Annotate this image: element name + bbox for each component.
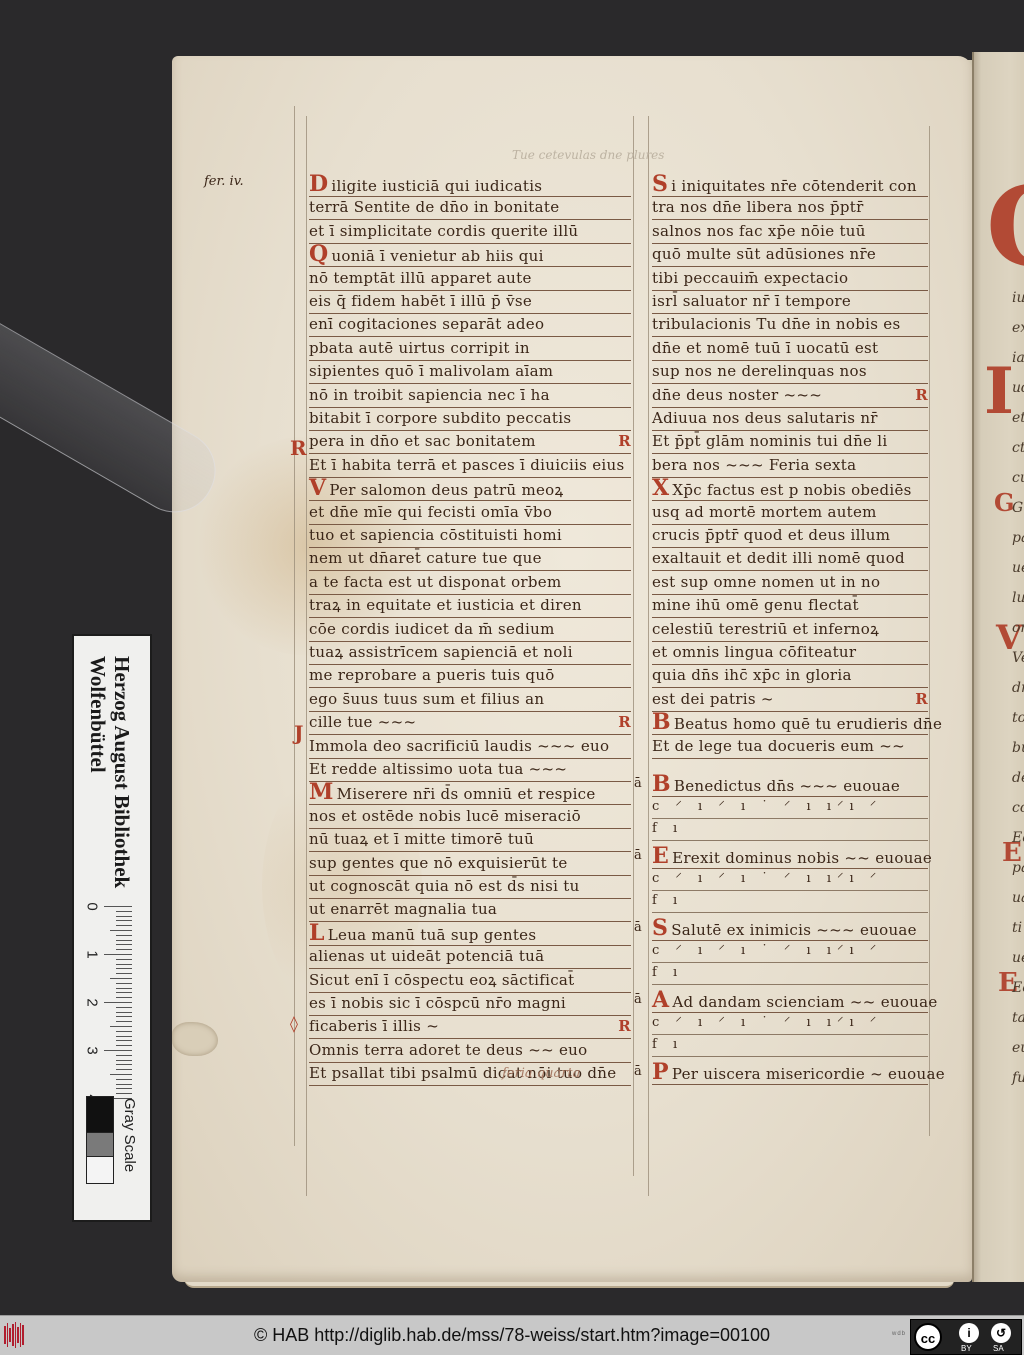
manuscript-line: ego s̄uus tuus sum et filius an [309, 687, 631, 712]
manuscript-line: tra nos dn̄e libera nos p̄ptr̄ [652, 195, 928, 220]
facing-page-line: toc [1012, 710, 1024, 726]
line-text: Beatus homo quē tu erudieris dn̄e [674, 715, 942, 733]
line-text: et ī simplicitate cordis querite illū [309, 222, 578, 240]
ruler-tick [116, 1045, 132, 1046]
ruler-tick [116, 925, 132, 926]
manuscript-line: Si iniquitates nr̄e cōtenderit con [652, 172, 928, 197]
line-text: isrl̄ saluator nr̄ ī tempore [652, 292, 851, 310]
decorated-initial: A [652, 987, 669, 1013]
line-text: Sicut enī ī cōspectu eoꝝ sāctificat̄ [309, 971, 575, 989]
gray-patch-white [86, 1156, 114, 1184]
ruler-tick [116, 1031, 132, 1032]
line-text: et dn̄e mīe qui fecisti omīa v̄bo [309, 503, 552, 521]
neume-staff-line: f ı [652, 962, 928, 985]
line-text: terrā Sentite de dn̄o in bonitate [309, 198, 559, 216]
manuscript-line: isrl̄ saluator nr̄ ī tempore [652, 289, 928, 314]
line-text: Et p̄pt̄ glām nominis tui dn̄e li [652, 432, 887, 450]
manuscript-line: sipientes quō ī malivolam aīam [309, 359, 631, 384]
ruler-tick [116, 1069, 132, 1070]
line-text: tibi peccauim̄ expectacio [652, 269, 848, 287]
manuscript-line: nem ut dn̄aret̄ cature tue que [309, 546, 631, 571]
ruler-tick [116, 1036, 132, 1037]
ruler-tick [116, 911, 132, 912]
manuscript-line: a te facta est ut disponat orbem [309, 570, 631, 595]
line-text: enī cogitaciones separāt adeo [309, 315, 544, 333]
manuscript-line: pera in dn̄o et sac bonitatemR [309, 429, 631, 454]
facing-page: C I G V E E [972, 52, 1024, 1282]
antiphon-cue: ā [634, 992, 642, 1007]
ruler-tick [116, 959, 132, 960]
line-text: nem ut dn̄aret̄ cature tue que [309, 549, 542, 567]
manuscript-line: Omnis terra adoret te deus ~~ euo [309, 1038, 631, 1063]
line-text: sipientes quō ī malivolam aīam [309, 362, 553, 380]
line-text: Omnis terra adoret te deus ~~ euo [309, 1041, 587, 1059]
decorated-initial: B [652, 771, 671, 797]
line-text: exaltauit et dedit illi nomē quod [652, 549, 905, 567]
antiphon-cue: ā [634, 920, 642, 935]
line-text: dn̄e et nomē tuū ī uocatū est [652, 339, 878, 357]
color-scale-card: Herzog August Bibliothek Wolfenbüttel 01… [72, 634, 152, 1222]
ruler-tick [110, 1026, 132, 1027]
line-text: quia dn̄s ihc̄ xp̄c in gloria [652, 666, 852, 684]
ruler-tick [116, 1012, 132, 1013]
line-text: crucis p̄ptr̄ quod et deus illum [652, 526, 890, 544]
institution-name: Herzog August Bibliothek [109, 656, 134, 888]
facing-page-line: ua [1012, 890, 1024, 906]
manuscript-line: ficaberis ī illis ~R [309, 1014, 631, 1039]
manuscript-line: et ī simplicitate cordis querite illū [309, 219, 631, 244]
antiphon-cue: ā [634, 1064, 642, 1079]
chant-antiphon-line: EErexit dominus nobis ~~ euouae [652, 844, 928, 869]
line-text: pera in dn̄o et sac bonitatem [309, 432, 536, 450]
manuscript-line: usq ad mortē mortem autem [652, 500, 928, 525]
line-text: nō temptāt illū apparet aute [309, 269, 532, 287]
facing-page-initial-large: C [986, 162, 1024, 291]
ruling-line [294, 106, 295, 1146]
line-text: Per salomon deus patrū meoꝝ [329, 481, 563, 499]
line-text: sup nos ne derelinquas nos [652, 362, 867, 380]
line-text: ego s̄uus tuus sum et filius an [309, 690, 544, 708]
line-text: ficaberis ī illis ~ [309, 1017, 439, 1035]
facing-page-line: eu [1012, 1040, 1024, 1056]
facing-page-line: Ven [1012, 650, 1024, 666]
line-text: sup gentes que nō exquisierūt te [309, 854, 568, 872]
manuscript-line: terrā Sentite de dn̄o in bonitate [309, 195, 631, 220]
gray-patch-mid [86, 1132, 114, 1158]
manuscript-line: nū tuaꝝ et ī mitte timorē tuū [309, 827, 631, 852]
manuscript-line: cōe cordis iudicet da m̄ sedium [309, 617, 631, 642]
neume-staff-line: f ı [652, 890, 928, 913]
manuscript-line: exaltauit et dedit illi nomē quod [652, 546, 928, 571]
line-text: Immola deo sacrificiū laudis ~~~ euo [309, 737, 609, 755]
line-text: traꝝ in equitate et iusticia et diren [309, 596, 582, 614]
ruler-tick [116, 916, 132, 917]
ruler-tick [116, 968, 132, 969]
chant-antiphon-line: BBenedictus dn̄s ~~~ euouae [652, 772, 928, 797]
facing-page-line: Ecc [1012, 980, 1024, 996]
neume-staff-line: c ⸍ ı ⸍ ı ˙ ⸍ ı ı⸍ı ⸍ [652, 940, 928, 963]
attribution-icon: i [959, 1323, 979, 1343]
manuscript-line: me reprobare a pueris tuis quō [309, 663, 631, 688]
manuscript-line: est dei patris ~R [652, 687, 928, 712]
margin-rubric-mark: ◊ [290, 1014, 298, 1033]
manuscript-line: bitabit ī corpore subdito peccatis [309, 406, 631, 431]
ruler-tick [116, 997, 132, 998]
rubric-mark: R [618, 429, 631, 453]
facing-page-line: Ecc [1012, 830, 1024, 846]
manuscript-line: Diligite iusticiā qui iudicatis [309, 172, 631, 197]
facing-page-line: ue [1012, 560, 1024, 576]
line-text: es ī nobis sic ī cōspcū nr̄o magni [309, 994, 566, 1012]
manuscript-line: celestiū terestriū et infernoꝝ [652, 617, 928, 642]
manuscript-line: tibi peccauim̄ expectacio [652, 266, 928, 291]
ruler-tick [110, 978, 132, 979]
line-text: Adiuua nos deus salutaris nr̄ [652, 409, 878, 427]
manuscript-line: BBeatus homo quē tu erudieris dn̄e [652, 710, 928, 735]
line-text: Et de lege tua docueris eum ~~ [652, 737, 905, 755]
footer-bar: © HAB http://diglib.hab.de/mss/78-weiss/… [0, 1315, 1024, 1355]
manuscript-line: cille tue ~~~R [309, 710, 631, 735]
manuscript-line: crucis p̄ptr̄ quod et deus illum [652, 523, 928, 548]
ruler-tick [110, 1074, 132, 1075]
manuscript-line: dn̄e deus noster ~~~R [652, 383, 928, 408]
manuscript-line: dn̄e et nomē tuū ī uocatū est [652, 336, 928, 361]
chant-antiphon-line: PPer uiscera misericordie ~ euouae [652, 1060, 928, 1085]
decorated-initial: S [652, 171, 668, 197]
ruler-tick [116, 964, 132, 965]
manuscript-line: mine ihū omē genu flectat̄ [652, 593, 928, 618]
antiphon-cue: ā [634, 848, 642, 863]
rubric-mark: R [618, 1014, 631, 1038]
copyright-link[interactable]: © HAB http://diglib.hab.de/mss/78-weiss/… [0, 1325, 1024, 1346]
line-text: Xp̄c factus est p nobis obediēs [672, 481, 911, 499]
manuscript-line: et dn̄e mīe qui fecisti omīa v̄bo [309, 500, 631, 525]
line-text: nos et ostēde nobis lucē miseraciō [309, 807, 581, 825]
line-text: celestiū terestriū et infernoꝝ [652, 620, 879, 638]
facing-page-line: ti [1012, 920, 1022, 936]
sa-label: SA [993, 1344, 1004, 1353]
ruler-tick [116, 973, 132, 974]
manuscript-line: MMiserere nr̄i d̄s omniū et respice [309, 780, 631, 805]
rubric-mark: R [915, 383, 928, 407]
ruler-tick [116, 1093, 132, 1094]
manuscript-line: Adiuua nos deus salutaris nr̄ [652, 406, 928, 431]
manuscript-line: Et psallat tibi psalmū dicat nōi tuo dn̄… [309, 1061, 631, 1086]
manuscript-line: alienas ut uideāt potenciā tuā [309, 944, 631, 969]
manuscript-line: Et de lege tua docueris eum ~~ [652, 734, 928, 759]
line-text: salnos nos fac xp̄e nōie tuū [652, 222, 866, 240]
manuscript-line: XXp̄c factus est p nobis obediēs [652, 476, 928, 501]
chant-antiphon-line: SSalutē ex inimicis ~~~ euouae [652, 916, 928, 941]
grayscale-label: Gray Scale [121, 1098, 138, 1172]
manuscript-line: nō temptāt illū apparet aute [309, 266, 631, 291]
line-text: ut cognoscāt quia nō est d̄s nisi tu [309, 877, 580, 895]
manuscript-line: quō multe sūt adūsiones nr̄e [652, 242, 928, 267]
manuscript-line: Sicut enī ī cōspectu eoꝝ sāctificat̄ [309, 968, 631, 993]
ruler-tick [116, 1021, 132, 1022]
ruler-tick [116, 1007, 132, 1008]
line-text: mine ihū omē genu flectat̄ [652, 596, 859, 614]
facing-page-line: lup [1012, 590, 1024, 606]
manuscript-line: ut cognoscāt quia nō est d̄s nisi tu [309, 874, 631, 899]
line-text: et omnis lingua cōfiteatur [652, 643, 856, 661]
cc-icon: cc [914, 1323, 942, 1351]
ruler-tick [116, 920, 132, 921]
folio-margin-note: fer. iv. [204, 174, 244, 189]
ruling-line [306, 116, 307, 1196]
wdb-mark: wdb [892, 1331, 906, 1337]
manuscript-line: Et p̄pt̄ glām nominis tui dn̄e li [652, 429, 928, 454]
manuscript-line: tuo et sapiencia cōstituisti homi [309, 523, 631, 548]
rubric-mark: R [618, 710, 631, 734]
line-text: bera nos ~~~ Feria sexta [652, 456, 856, 474]
manuscript-line: pbata autē uirtus corripit in [309, 336, 631, 361]
ruler-tick [116, 1055, 132, 1056]
manuscript-line: es ī nobis sic ī cōspcū nr̄o magni [309, 991, 631, 1016]
ruler-tick [116, 1016, 132, 1017]
neume-staff-line: f ı [652, 818, 928, 841]
manuscript-line: salnos nos fac xp̄e nōie tuū [652, 219, 928, 244]
manuscript-line: bera nos ~~~ Feria sexta [652, 453, 928, 478]
ruler-number: 2 [84, 998, 101, 1006]
facing-page-line: fu [1012, 1070, 1024, 1086]
ruler-tick [116, 1079, 132, 1080]
facing-page-line: de [1012, 770, 1024, 786]
facing-page-line: bu [1012, 740, 1024, 756]
ruler-tick [116, 1064, 132, 1065]
facing-page-line: ud [1012, 380, 1024, 396]
line-text: Per uiscera misericordie ~ euouae [672, 1065, 945, 1083]
ruler-tick [116, 940, 132, 941]
ruler-tick [116, 983, 132, 984]
ruler-tick [116, 944, 132, 945]
facing-page-line: ta [1012, 1010, 1024, 1026]
facing-page-initial-i: I [984, 354, 1014, 429]
line-text: i iniquitates nr̄e cōtenderit con [671, 177, 917, 195]
manuscript-line: traꝝ in equitate et iusticia et diren [309, 593, 631, 618]
line-text: Ad dandam scienciam ~~ euouae [672, 993, 937, 1011]
ruler-tick [116, 988, 132, 989]
facing-page-line: pa [1012, 530, 1024, 546]
neume-staff-line: c ⸍ ı ⸍ ı ˙ ⸍ ı ı⸍ı ⸍ [652, 796, 928, 819]
ruling-line [929, 126, 930, 1136]
ruler-tick [116, 1088, 132, 1089]
ruler-number: 0 [84, 902, 101, 910]
ruling-line [648, 116, 649, 1196]
share-alike-icon: ↺ [991, 1323, 1011, 1343]
torn-edge-repair [172, 1022, 218, 1056]
manuscript-line: Et redde altissimo uota tua ~~~ [309, 757, 631, 782]
decorated-initial: X [652, 475, 669, 501]
facing-page-line: et [1012, 410, 1024, 426]
facing-page-line: om [1012, 620, 1024, 636]
decorated-initial: P [652, 1059, 669, 1085]
line-text: alienas ut uideāt potenciā tuā [309, 947, 544, 965]
line-text: est sup omne nomen ut in no [652, 573, 880, 591]
manuscript-line: tribulacionis Tu dn̄e in nobis es [652, 312, 928, 337]
line-text: eis q̄ fidem habēt ī illū p̄ v̄se [309, 292, 532, 310]
line-text: cōe cordis iudicet da m̄ sedium [309, 620, 555, 638]
margin-rubric-mark: R [290, 436, 307, 460]
ruler-tick [104, 1002, 132, 1003]
ruler-tick [110, 930, 132, 931]
manuscript-line: Immola deo sacrificiū laudis ~~~ euo [309, 734, 631, 759]
facing-page-line: ct [1012, 440, 1024, 456]
manuscript-line: nō in troibit sapiencia nec ī ha [309, 383, 631, 408]
ruler-tick [116, 992, 132, 993]
manuscript-line: tuaꝝ assistrīcem sapienciā et noli [309, 640, 631, 665]
line-text: Et ī habita terrā et pasces ī diuiciis e… [309, 456, 625, 474]
neume-staff-line: c ⸍ ı ⸍ ı ˙ ⸍ ı ı⸍ı ⸍ [652, 1012, 928, 1035]
manuscript-line: Quoniā ī venietur ab hiis qui [309, 242, 631, 267]
manuscript-line: Et ī habita terrā et pasces ī diuiciis e… [309, 453, 631, 478]
manuscript-line: et omnis lingua cōfiteatur [652, 640, 928, 665]
line-text: tribulacionis Tu dn̄e in nobis es [652, 315, 900, 333]
line-text: nō in troibit sapiencia nec ī ha [309, 386, 550, 404]
facing-page-line: ex [1012, 320, 1024, 336]
manuscript-line: LLeua manū tuā sup gentes [309, 921, 631, 946]
line-text: Miserere nr̄i d̄s omniū et respice [337, 785, 596, 803]
ruler-tick [116, 1040, 132, 1041]
ruler-tick [104, 1050, 132, 1051]
ruler-tick [116, 949, 132, 950]
neume-staff-line: c ⸍ ı ⸍ ı ˙ ⸍ ı ı⸍ı ⸍ [652, 868, 928, 891]
facing-page-line: iu [1012, 290, 1024, 306]
ruler-number: 1 [84, 950, 101, 958]
facing-page-line: dn [1012, 680, 1024, 696]
show-through-text: Tue cetevulas dne plures [512, 148, 664, 162]
line-text: nū tuaꝝ et ī mitte timorē tuū [309, 830, 534, 848]
facing-page-line: ias [1012, 350, 1024, 366]
manuscript-line: nos et ostēde nobis lucē miseraciō [309, 804, 631, 829]
manuscript-line: est sup omne nomen ut in no [652, 570, 928, 595]
line-text: dn̄e deus noster ~~~ [652, 386, 822, 404]
facing-page-line: pa [1012, 860, 1024, 876]
line-text: me reprobare a pueris tuis quō [309, 666, 555, 684]
line-text: Erexit dominus nobis ~~ euouae [672, 849, 932, 867]
manuscript-line: sup nos ne derelinquas nos [652, 359, 928, 384]
ruler-number: 3 [84, 1046, 101, 1054]
facing-page-line: ue [1012, 950, 1024, 966]
line-text: Salutē ex inimicis ~~~ euouae [671, 921, 917, 939]
line-text: a te facta est ut disponat orbem [309, 573, 561, 591]
ruler-tick [116, 1084, 132, 1085]
margin-rubric-mark: J [294, 721, 303, 745]
antiphon-cue: ā [634, 776, 642, 791]
manuscript-line: eis q̄ fidem habēt ī illū p̄ v̄se [309, 289, 631, 314]
line-text: usq ad mortē mortem autem [652, 503, 877, 521]
ruler-tick [116, 1060, 132, 1061]
manuscript-line: sup gentes que nō exquisierūt te [309, 851, 631, 876]
manuscript-folio: Tue cetevulas dne plures fer. iv. Diligi… [172, 56, 972, 1282]
line-text: Et redde altissimo uota tua ~~~ [309, 760, 567, 778]
manuscript-line: ut enarrēt magnalia tua [309, 897, 631, 922]
decorated-initial: S [652, 915, 668, 941]
line-text: Leua manū tuā sup gentes [328, 926, 537, 944]
line-text: tuo et sapiencia cōstituisti homi [309, 526, 562, 544]
decorated-initial: D [309, 171, 328, 197]
facing-page-line: cu [1012, 470, 1024, 486]
manuscript-line: quia dn̄s ihc̄ xp̄c in gloria [652, 663, 928, 688]
decorated-initial: Q [309, 241, 328, 267]
line-text: Benedictus dn̄s ~~~ euouae [674, 777, 900, 795]
decorated-initial: L [309, 920, 325, 946]
ruler-tick [116, 935, 132, 936]
line-text: iligite iusticiā qui iudicatis [331, 177, 542, 195]
ruling-line [633, 116, 634, 1176]
decorated-initial: B [652, 709, 671, 735]
facing-page-line: Gre [1012, 500, 1024, 516]
decorated-initial: M [309, 779, 334, 805]
line-text: cille tue ~~~ [309, 713, 416, 731]
facing-page-line: co [1012, 800, 1024, 816]
chant-antiphon-line: AAd dandam scienciam ~~ euouae [652, 988, 928, 1013]
ruler-tick [104, 954, 132, 955]
manuscript-line: VPer salomon deus patrū meoꝝ [309, 476, 631, 501]
ruler-tick [104, 906, 132, 907]
line-text: tra nos dn̄e libera nos p̄ptr̄ [652, 198, 864, 216]
line-text: ut enarrēt magnalia tua [309, 900, 497, 918]
decorated-initial: E [652, 843, 669, 869]
column-footer-note: feria quarta [502, 1066, 580, 1081]
rubric-mark: R [915, 687, 928, 711]
institution-city: Wolfenbüttel [85, 656, 110, 773]
gray-patch-black [86, 1096, 114, 1134]
line-text: bitabit ī corpore subdito peccatis [309, 409, 571, 427]
decorated-initial: V [309, 475, 326, 501]
line-text: tuaꝝ assistrīcem sapienciā et noli [309, 643, 573, 661]
line-text: quō multe sūt adūsiones nr̄e [652, 245, 876, 263]
cc-license-badge[interactable]: cc i ↺ BY SA [910, 1319, 1022, 1355]
by-label: BY [961, 1344, 972, 1353]
line-text: pbata autē uirtus corripit in [309, 339, 530, 357]
line-text: est dei patris ~ [652, 690, 774, 708]
line-text: uoniā ī venietur ab hiis qui [331, 247, 543, 265]
manuscript-line: enī cogitaciones separāt adeo [309, 312, 631, 337]
neume-staff-line: f ı [652, 1034, 928, 1057]
